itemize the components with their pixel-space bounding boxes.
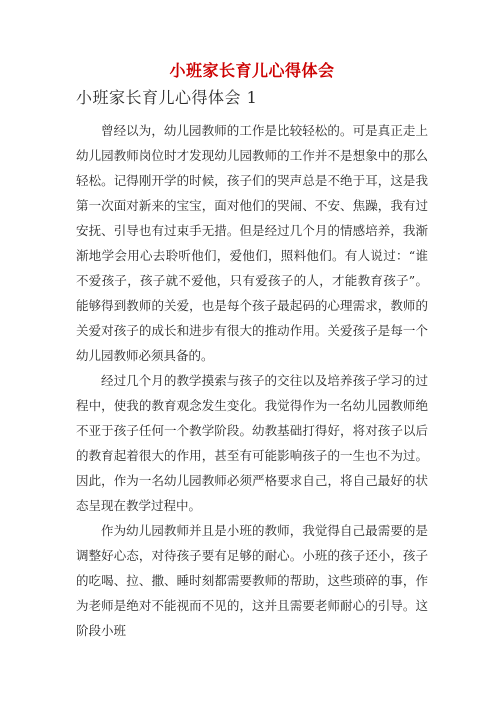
paragraph: 作为幼儿园教师并且是小班的教师，我觉得自己最需要的是调整好心态，对待孩子要有足够… <box>76 518 428 643</box>
document-body: 曾经以为，幼儿园教师的工作是比较轻松的。可是真正走上幼儿园教师岗位时才发现幼儿园… <box>76 118 428 643</box>
document-title: 小班家长育儿心得体会 <box>76 61 428 80</box>
document-page: 小班家长育儿心得体会 小班家长育儿心得体会 1 曾经以为，幼儿园教师的工作是比较… <box>0 0 500 707</box>
paragraph: 曾经以为，幼儿园教师的工作是比较轻松的。可是真正走上幼儿园教师岗位时才发现幼儿园… <box>76 118 428 368</box>
section-heading: 小班家长育儿心得体会 1 <box>76 88 428 108</box>
paragraph: 经过几个月的教学摸索与孩子的交往以及培养孩子学习的过程中，使我的教育观念发生变化… <box>76 368 428 518</box>
